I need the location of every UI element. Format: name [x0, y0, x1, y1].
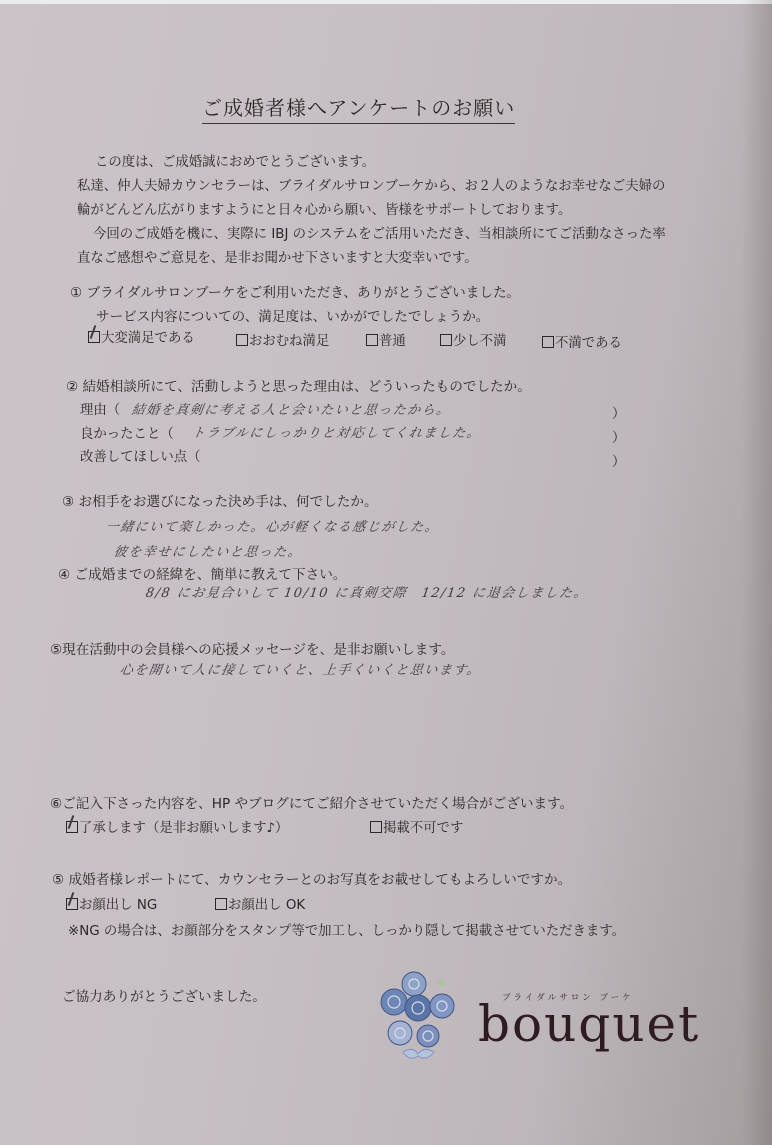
- q5-photo-question: ⑤ 成婚者様レポートにて、カウンセラーとのお写真をお載せしてもよろしいですか。: [52, 868, 571, 888]
- q6-question: ⑥ご記入下さった内容を、HP やブログにてご紹介させていただく場合がございます。: [50, 792, 573, 812]
- q1-option-normal[interactable]: 普通: [366, 330, 406, 349]
- checkbox[interactable]: [542, 336, 554, 348]
- paper-shadow: [742, 0, 772, 1145]
- q1-option-slightly-dissatisfied[interactable]: 少し不満: [440, 330, 507, 349]
- closing-message: ご協力ありがとうございました。: [62, 985, 266, 1005]
- page-title: ご成婚者様へアンケートのお願い: [202, 92, 515, 124]
- intro-line-5: 直なご感想やご意見を、是非お聞かせ下さいますと大変幸いです。: [77, 247, 478, 266]
- q2-good-label: 良かったこと（: [80, 423, 174, 442]
- q1-option-very-satisfied[interactable]: 大変満足である: [88, 327, 195, 346]
- intro-line-1: この度は、ご成婚誠におめでとうございます。: [95, 151, 375, 170]
- q3-answer-line-1[interactable]: 一緒にいて楽しかった。心が軽くなる感じがした。: [105, 516, 441, 535]
- q6-option-decline[interactable]: 掲載不可です: [370, 817, 463, 836]
- q1-option-dissatisfied[interactable]: 不満である: [542, 332, 622, 351]
- q2-question: ② 結婚相談所にて、活動しようと思った理由は、どういったものでしたか。: [66, 375, 531, 395]
- checkbox-checked[interactable]: [66, 821, 78, 833]
- intro-line-2: 私達、仲人夫婦カウンセラーは、ブライダルサロンブーケから、お２人のようなお幸せな…: [77, 175, 665, 194]
- q5-photo-option-ok[interactable]: お顔出し OK: [215, 894, 305, 913]
- q2-reason-answer[interactable]: 結婚を真剣に考える人と会いたいと思ったから。: [131, 399, 453, 418]
- q2-reason-close: ）: [612, 403, 625, 422]
- q5-message-question: ⑤現在活動中の会員様への応援メッセージを、是非お願いします。: [50, 638, 455, 658]
- q2-reason-label: 理由（: [80, 399, 120, 418]
- checkbox[interactable]: [236, 334, 248, 346]
- q1-line-2: サービス内容についての、満足度は、いかがでしたでしょうか。: [96, 305, 489, 325]
- checkbox[interactable]: [366, 334, 378, 346]
- paper-edge: [0, 0, 772, 4]
- q2-good-close: ）: [612, 427, 625, 446]
- checkbox[interactable]: [215, 898, 227, 910]
- q1-line-1: ① ブライダルサロンブーケをご利用いただき、ありがとうございました。: [70, 281, 520, 301]
- checkbox[interactable]: [370, 821, 382, 833]
- intro-line-3: 輪がどんどん広がりますようにと日々心から願い、皆様をサポートしております。: [77, 199, 571, 218]
- q4-question: ④ ご成婚までの経緯を、簡単に教えて下さい。: [58, 563, 346, 583]
- q5-message-answer[interactable]: 心を開いて人に接していくと、上手くいくと思います。: [119, 659, 483, 678]
- intro-line-4: 今回のご成婚を機に、実際に IBJ のシステムをご活用いただき、当相談所にてご活…: [93, 223, 666, 242]
- q2-improve-close: ）: [612, 451, 625, 470]
- rose-bouquet-logo-icon: [378, 970, 458, 1065]
- q4-answer[interactable]: 8/8 にお見合いして 10/10 に真剣交際 12/12 に退会しました。: [145, 582, 590, 601]
- q3-answer-line-2[interactable]: 彼を幸せにしたいと思った。: [113, 541, 304, 560]
- q5-photo-note: ※NG の場合は、お顔部分をスタンプ等で加工し、しっかり隠して掲載させていただき…: [68, 920, 625, 939]
- q6-option-agree[interactable]: 了承します（是非お願いします♪）: [66, 817, 288, 836]
- q1-option-mostly-satisfied[interactable]: おおむね満足: [236, 330, 329, 349]
- checkbox[interactable]: [440, 334, 452, 346]
- checkbox-checked[interactable]: [66, 898, 78, 910]
- logo-wordmark: bouquet: [478, 995, 700, 1053]
- q5-photo-option-ng[interactable]: お顔出し NG: [66, 894, 157, 913]
- checkbox-checked[interactable]: [88, 331, 100, 343]
- q2-good-answer[interactable]: トラブルにしっかりと対応してくれました。: [191, 422, 483, 441]
- q2-improve-label: 改善してほしい点（: [80, 446, 201, 465]
- q3-question: ③ お相手をお選びになった決め手は、何でしたか。: [62, 490, 378, 510]
